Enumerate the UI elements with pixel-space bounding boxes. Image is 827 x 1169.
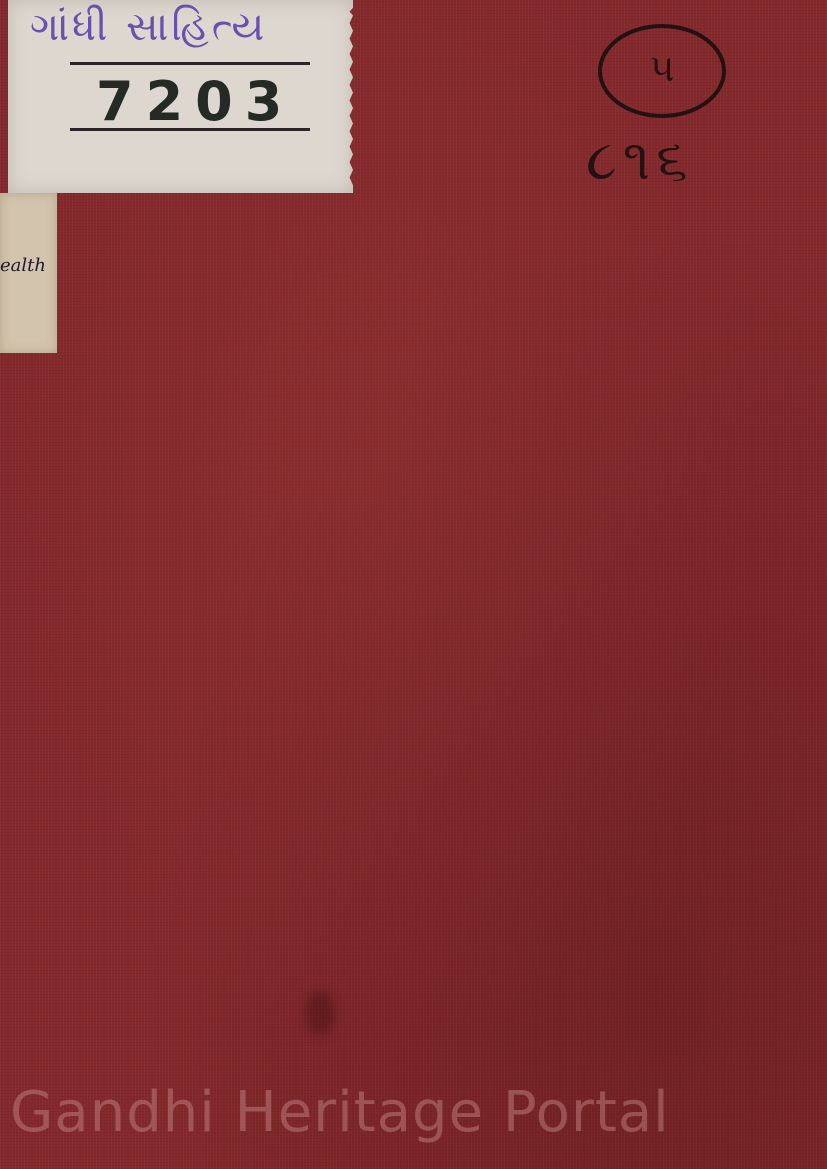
watermark: Gandhi Heritage Portal	[10, 1080, 820, 1145]
cover-stain	[305, 990, 335, 1035]
handwritten-circled-mark: ૫	[598, 24, 726, 118]
label-rule-top	[70, 62, 310, 65]
label-rule-bottom	[70, 128, 310, 131]
label-number: 7203	[96, 70, 294, 133]
spine-label-text: ealth	[0, 255, 46, 276]
spine-label-strip: ealth	[0, 193, 57, 353]
library-label: ગાંધી સાહિત્ય 7203	[8, 0, 353, 193]
handwritten-number-mark: ૮૧૬	[586, 128, 694, 194]
label-title: ગાંધી સાહિત્ય	[30, 4, 350, 50]
